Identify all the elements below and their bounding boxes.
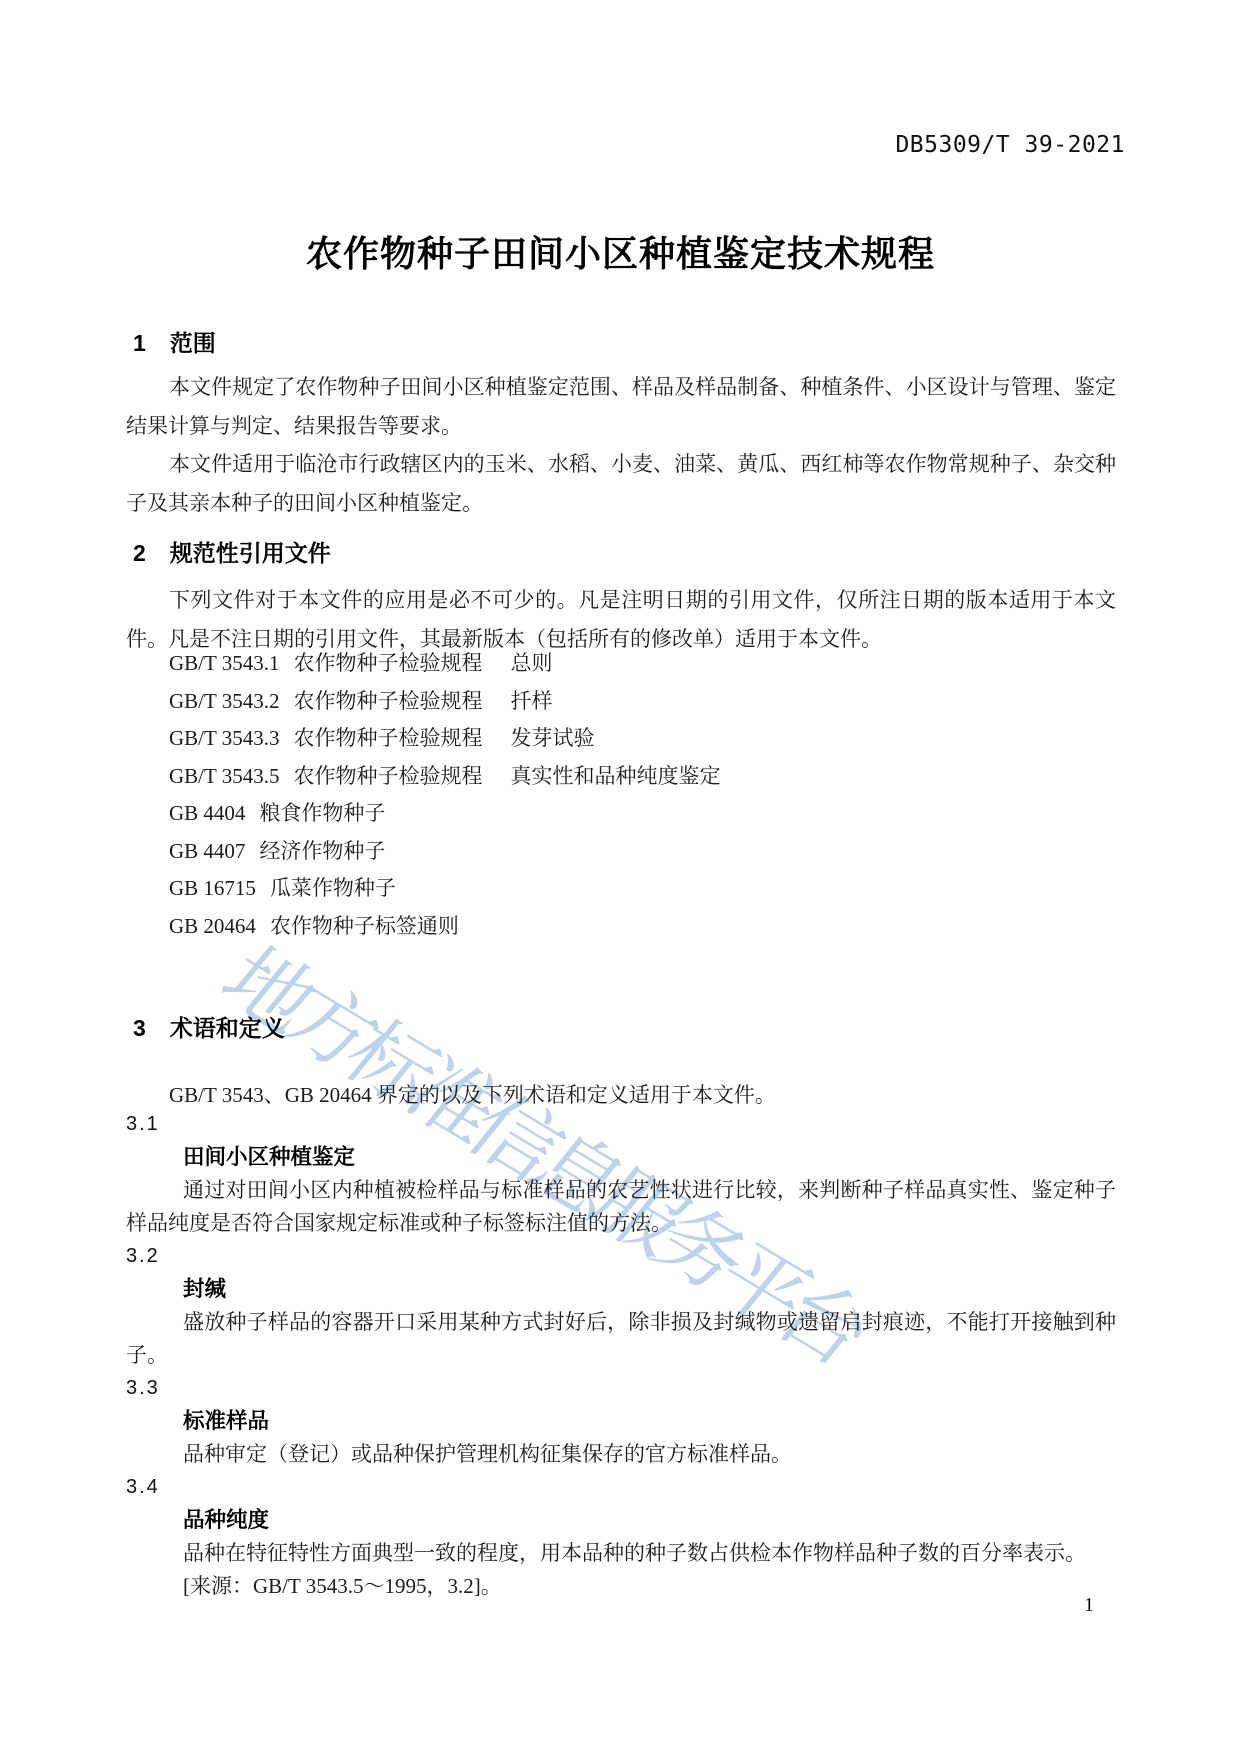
reference-list: GB/T 3543.1农作物种子检验规程总则 GB/T 3543.2农作物种子检… <box>126 645 1116 945</box>
section-3-heading: 3术语和定义 <box>133 1010 285 1043</box>
term-number: 3.4 <box>126 1471 1116 1504</box>
term-number: 3.1 <box>126 1108 1116 1141</box>
term-definition: 品种审定（登记）或品种保护管理机构征集保存的官方标准样品。 <box>126 1438 1116 1471</box>
term-definition: 品种在特征特性方面典型一致的程度，用本品种的种子数占供检本作物样品种子数的百分率… <box>126 1537 1116 1570</box>
reference-title: 农作物种子检验规程 <box>293 689 482 713</box>
reference-title: 瓜菜作物种子 <box>270 876 396 900</box>
term-name: 田间小区种植鉴定 <box>126 1141 1116 1174</box>
section-1-number: 1 <box>133 330 146 357</box>
reference-item: GB/T 3543.1农作物种子检验规程总则 <box>126 645 1116 683</box>
reference-code: GB/T 3543.2 <box>169 689 279 713</box>
reference-item: GB 4404粮食作物种子 <box>126 795 1116 833</box>
reference-title: 农作物种子检验规程 <box>293 764 482 788</box>
reference-code: GB 4407 <box>169 839 245 863</box>
term-name: 品种纯度 <box>126 1504 1116 1537</box>
reference-item: GB 20464农作物种子标签通则 <box>126 908 1116 946</box>
reference-item: GB 16715瓜菜作物种子 <box>126 870 1116 908</box>
terms-list: 3.1 田间小区种植鉴定 通过对田间小区内种植被检样品与标准样品的农艺性状进行比… <box>126 1108 1116 1603</box>
term-definition: 盛放种子样品的容器开口采用某种方式封好后，除非损及封缄物或遗留启封痕迹，不能打开… <box>126 1306 1116 1372</box>
reference-title: 经济作物种子 <box>259 839 385 863</box>
reference-part: 真实性和品种纯度鉴定 <box>510 764 720 788</box>
section-3-title: 术语和定义 <box>170 1015 285 1041</box>
reference-code: GB/T 3543.1 <box>169 651 279 675</box>
reference-code: GB/T 3543.3 <box>169 726 279 750</box>
reference-code: GB 4404 <box>169 801 245 825</box>
reference-part: 扦样 <box>510 689 552 713</box>
section-2-title: 规范性引用文件 <box>170 540 331 566</box>
section-1-title: 范围 <box>170 330 216 356</box>
reference-title: 农作物种子检验规程 <box>293 651 482 675</box>
reference-part: 发芽试验 <box>510 726 594 750</box>
section-1-heading: 1范围 <box>133 325 216 358</box>
reference-code: GB 16715 <box>169 876 256 900</box>
reference-title: 农作物种子标签通则 <box>270 914 459 938</box>
section-1-paragraph-1: 本文件规定了农作物种子田间小区种植鉴定范围、样品及样品制备、种植条件、小区设计与… <box>126 368 1116 446</box>
reference-title: 粮食作物种子 <box>259 801 385 825</box>
section-2-heading: 2规范性引用文件 <box>133 535 331 568</box>
reference-item: GB/T 3543.2农作物种子检验规程扦样 <box>126 683 1116 721</box>
reference-item: GB/T 3543.3农作物种子检验规程发芽试验 <box>126 720 1116 758</box>
reference-part: 总则 <box>510 651 552 675</box>
section-1-paragraph-2: 本文件适用于临沧市行政辖区内的玉米、水稻、小麦、油菜、黄瓜、西红柿等农作物常规种… <box>126 445 1116 523</box>
page-number: 1 <box>1084 1594 1094 1617</box>
term-definition: 通过对田间小区内种植被检样品与标准样品的农艺性状进行比较，来判断种子样品真实性、… <box>126 1174 1116 1240</box>
section-2-number: 2 <box>133 540 146 567</box>
reference-item: GB/T 3543.5农作物种子检验规程真实性和品种纯度鉴定 <box>126 758 1116 796</box>
reference-code: GB/T 3543.5 <box>169 764 279 788</box>
term-name: 标准样品 <box>126 1405 1116 1438</box>
reference-title: 农作物种子检验规程 <box>293 726 482 750</box>
section-3-number: 3 <box>133 1015 146 1042</box>
reference-code: GB 20464 <box>169 914 256 938</box>
term-source-note: [来源：GB/T 3543.5～1995，3.2]。 <box>126 1570 1116 1603</box>
reference-item: GB 4407经济作物种子 <box>126 833 1116 871</box>
term-number: 3.2 <box>126 1240 1116 1273</box>
document-page: 地方标准信息服务平台 DB5309/T 39-2021 农作物种子田间小区种植鉴… <box>0 0 1241 1754</box>
term-number: 3.3 <box>126 1372 1116 1405</box>
term-name: 封缄 <box>126 1273 1116 1306</box>
standard-code: DB5309/T 39-2021 <box>895 132 1125 158</box>
document-title: 农作物种子田间小区种植鉴定技术规程 <box>0 226 1241 277</box>
